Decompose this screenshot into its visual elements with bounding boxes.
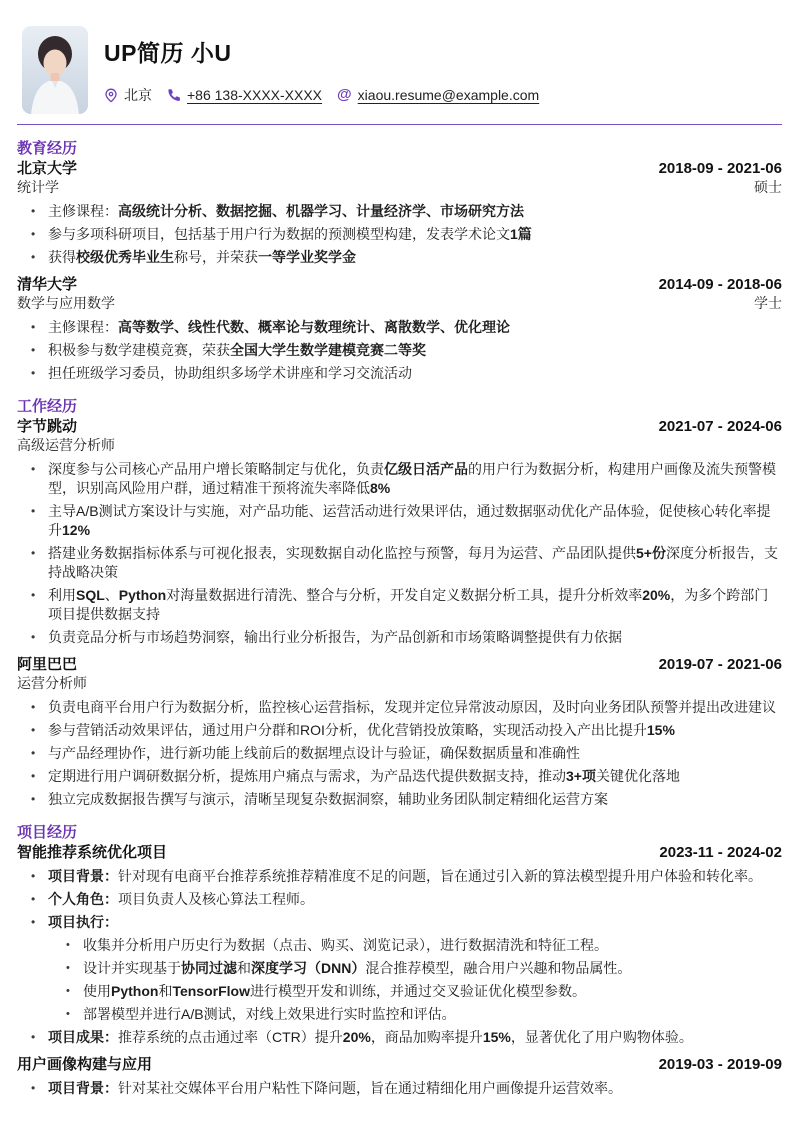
text-run: 参与营销活动效果评估，通过用户分群和ROI分析，优化营销投放策略，实现活动投入产… (48, 722, 647, 738)
text-run: 部署模型并进行A/B测试，对线上效果进行实时监控和评估。 (83, 1006, 456, 1022)
emphasis-text-run: 15% (647, 722, 675, 738)
text-run: 负责电商平台用户行为数据分析，监控核心运营指标，发现并定位异常波动原因，及时向业… (48, 699, 776, 715)
section-title: 教育经历 (17, 139, 782, 159)
emphasis-text-run: 项目成果： (48, 1029, 118, 1045)
emphasis-text-run: 5+份 (636, 545, 666, 561)
entry-title: 北京大学 (17, 159, 77, 178)
location-pin-icon (104, 88, 118, 103)
text-run: 设计并实现基于 (83, 960, 181, 976)
text-run: 称号，并荣获 (174, 249, 258, 265)
sub-bullet-item: 使用Python和TensorFlow进行模型开发和训练，并通过交叉验证优化模型… (48, 982, 782, 1001)
section-education: 教育经历北京大学2018-09 - 2021-06统计学硕士主修课程：高级统计分… (17, 139, 782, 383)
text-run: 担任班级学习委员，协助组织多场学术讲座和学习交流活动 (48, 365, 412, 381)
bullet-item: 与产品经理协作，进行新功能上线前后的数据埋点设计与验证，确保数据质量和准确性 (17, 744, 782, 763)
emphasis-text-run: 12% (62, 522, 90, 538)
bullet-item: 项目背景：针对现有电商平台推荐系统推荐精准度不足的问题，旨在通过引入新的算法模型… (17, 867, 782, 886)
candidate-name: UP简历 小U (104, 35, 539, 68)
emphasis-text-run: 个人角色： (48, 891, 118, 907)
emphasis-text-run: TensorFlow (172, 983, 250, 999)
emphasis-text-run: 一等学业奖学金 (258, 249, 356, 265)
bullet-list: 项目背景：针对某社交媒体平台用户粘性下降问题，旨在通过精细化用户画像提升运营效率… (17, 1079, 782, 1098)
text-run: 进行模型开发和训练，并通过交叉验证优化模型参数。 (250, 983, 586, 999)
text-run: 混合推荐模型，融合用户兴趣和物品属性。 (365, 960, 631, 976)
sub-bullet-item: 设计并实现基于协同过滤和深度学习（DNN）混合推荐模型，融合用户兴趣和物品属性。 (48, 959, 782, 978)
entry-header-row: 智能推荐系统优化项目2023-11 - 2024-02 (17, 843, 782, 862)
sections: 教育经历北京大学2018-09 - 2021-06统计学硕士主修课程：高级统计分… (17, 139, 782, 1098)
location-text: 北京 (124, 85, 152, 105)
bullet-item: 获得校级优秀毕业生称号，并荣获一等学业奖学金 (17, 248, 782, 267)
emphasis-text-run: 项目背景： (48, 1080, 118, 1096)
text-run: 和 (158, 983, 172, 999)
text-run: 针对某社交媒体平台用户粘性下降问题，旨在通过精细化用户画像提升运营效率。 (118, 1080, 622, 1096)
emphasis-text-run: 校级优秀毕业生 (76, 249, 174, 265)
entry-degree: 硕士 (754, 178, 782, 197)
entry-date: 2019-07 - 2021-06 (659, 655, 782, 674)
text-run: 利用 (48, 587, 76, 603)
avatar-photo-placeholder (22, 26, 88, 114)
text-run: 独立完成数据报告撰写与演示，清晰呈现复杂数据洞察，辅助业务团队制定精细化运营方案 (48, 791, 608, 807)
section-title: 工作经历 (17, 397, 782, 417)
email-link[interactable]: xiaou.resume@example.com (358, 87, 540, 103)
bullet-item: 主导A/B测试方案设计与实施，对产品功能、运营活动进行效果评估，通过数据驱动优化… (17, 502, 782, 540)
text-run: ，商品加购率提升 (371, 1029, 483, 1045)
emphasis-text-run: 1篇 (510, 226, 532, 242)
entry-header-row: 北京大学2018-09 - 2021-06 (17, 159, 782, 178)
section-work: 工作经历字节跳动2021-07 - 2024-06高级运营分析师深度参与公司核心… (17, 397, 782, 809)
entry-degree: 学士 (754, 294, 782, 313)
text-run: 主导A/B测试方案设计与实施，对产品功能、运营活动进行效果评估，通过数据驱动优化… (48, 503, 771, 538)
contact-row: 北京 +86 138-XXXX-XXXX @ xiaou.resume@exam… (104, 85, 539, 105)
entry-date: 2014-09 - 2018-06 (659, 275, 782, 294)
emphasis-text-run: SQL (76, 587, 105, 603)
entry-subheader-row: 统计学硕士 (17, 178, 782, 197)
bullet-item: 负责电商平台用户行为数据分析，监控核心运营指标，发现并定位异常波动原因，及时向业… (17, 698, 782, 717)
header-info: UP简历 小U 北京 +86 138-XXXX-XXXX @ (104, 26, 539, 105)
entry-title: 清华大学 (17, 275, 77, 294)
text-run: 使用 (83, 983, 111, 999)
text-run: 负责竞品分析与市场趋势洞察，输出行业分析报告，为产品创新和市场策略调整提供有力依… (48, 629, 622, 645)
entry-header-row: 用户画像构建与应用2019-03 - 2019-09 (17, 1055, 782, 1074)
avatar (22, 26, 88, 114)
entry: 用户画像构建与应用2019-03 - 2019-09项目背景：针对某社交媒体平台… (17, 1055, 782, 1098)
bullet-item: 主修课程：高等数学、线性代数、概率论与数理统计、离散数学、优化理论 (17, 318, 782, 337)
bullet-list: 负责电商平台用户行为数据分析，监控核心运营指标，发现并定位异常波动原因，及时向业… (17, 698, 782, 809)
text-run: 针对现有电商平台推荐系统推荐精准度不足的问题，旨在通过引入新的算法模型提升用户体… (118, 868, 762, 884)
entry-subheader-row: 运营分析师 (17, 674, 782, 693)
text-run: 搭建业务数据指标体系与可视化报表，实现数据自动化监控与预警，每月为运营、产品团队… (48, 545, 636, 561)
entry-subtitle: 运营分析师 (17, 674, 87, 693)
emphasis-text-run: 亿级日活产品 (384, 461, 468, 477)
emphasis-text-run: 20% (343, 1029, 371, 1045)
bullet-list: 主修课程：高等数学、线性代数、概率论与数理统计、离散数学、优化理论积极参与数学建… (17, 318, 782, 383)
emphasis-text-run: 20% (642, 587, 670, 603)
sub-bullet-list: 收集并分析用户历史行为数据（点击、购买、浏览记录），进行数据清洗和特征工程。设计… (48, 936, 782, 1024)
entry-date: 2019-03 - 2019-09 (659, 1055, 782, 1074)
emphasis-text-run: 项目执行： (48, 914, 118, 930)
bullet-item: 项目成果：推荐系统的点击通过率（CTR）提升20%，商品加购率提升15%，显著优… (17, 1028, 782, 1047)
entry-subheader-row: 数学与应用数学学士 (17, 294, 782, 313)
entry-title: 字节跳动 (17, 417, 77, 436)
entry-subtitle: 数学与应用数学 (17, 294, 115, 313)
emphasis-text-run: 3+项 (566, 768, 596, 784)
text-run: 关键优化落地 (596, 768, 680, 784)
bullet-item: 担任班级学习委员，协助组织多场学术讲座和学习交流活动 (17, 364, 782, 383)
text-run: 主修课程： (48, 319, 118, 335)
text-run: 和 (237, 960, 251, 976)
entry: 北京大学2018-09 - 2021-06统计学硕士主修课程：高级统计分析、数据… (17, 159, 782, 267)
bullet-item: 参与营销活动效果评估，通过用户分群和ROI分析，优化营销投放策略，实现活动投入产… (17, 721, 782, 740)
phone-link[interactable]: +86 138-XXXX-XXXX (187, 87, 322, 103)
contact-phone: +86 138-XXXX-XXXX (167, 87, 322, 103)
bullet-item: 利用SQL、Python对海量数据进行清洗、整合与分析，开发自定义数据分析工具，… (17, 586, 782, 624)
emphasis-text-run: 全国大学生数学建模竞赛二等奖 (230, 342, 426, 358)
entry-date: 2023-11 - 2024-02 (659, 843, 782, 862)
text-run: 、 (105, 587, 119, 603)
text-run: 获得 (48, 249, 76, 265)
entry-title: 智能推荐系统优化项目 (17, 843, 167, 862)
entry: 清华大学2014-09 - 2018-06数学与应用数学学士主修课程：高等数学、… (17, 275, 782, 383)
bullet-item: 定期进行用户调研数据分析，提炼用户痛点与需求，为产品迭代提供数据支持，推动3+项… (17, 767, 782, 786)
bullet-list: 主修课程：高级统计分析、数据挖掘、机器学习、计量经济学、市场研究方法参与多项科研… (17, 202, 782, 267)
entry: 字节跳动2021-07 - 2024-06高级运营分析师深度参与公司核心产品用户… (17, 417, 782, 647)
text-run: 项目负责人及核心算法工程师。 (118, 891, 314, 907)
text-run: 参与多项科研项目，包括基于用户行为数据的预测模型构建，发表学术论文 (48, 226, 510, 242)
bullet-list: 项目背景：针对现有电商平台推荐系统推荐精准度不足的问题，旨在通过引入新的算法模型… (17, 867, 782, 1047)
bullet-list: 深度参与公司核心产品用户增长策略制定与优化，负责亿级日活产品的用户行为数据分析，… (17, 460, 782, 647)
entry-subtitle: 高级运营分析师 (17, 436, 115, 455)
section-projects: 项目经历智能推荐系统优化项目2023-11 - 2024-02项目背景：针对现有… (17, 823, 782, 1098)
text-run: 对海量数据进行清洗、整合与分析，开发自定义数据分析工具，提升分析效率 (166, 587, 642, 603)
text-run: 定期进行用户调研数据分析，提炼用户痛点与需求，为产品迭代提供数据支持，推动 (48, 768, 566, 784)
text-run: 积极参与数学建模竞赛，荣获 (48, 342, 230, 358)
text-run: 与产品经理协作，进行新功能上线前后的数据埋点设计与验证，确保数据质量和准确性 (48, 745, 580, 761)
section-title: 项目经历 (17, 823, 782, 843)
bullet-item: 搭建业务数据指标体系与可视化报表，实现数据自动化监控与预警，每月为运营、产品团队… (17, 544, 782, 582)
entry-date: 2018-09 - 2021-06 (659, 159, 782, 178)
emphasis-text-run: 项目背景： (48, 868, 118, 884)
entry-title: 用户画像构建与应用 (17, 1055, 152, 1074)
entry-title: 阿里巴巴 (17, 655, 77, 674)
text-run: 主修课程： (48, 203, 118, 219)
contact-email: @ xiaou.resume@example.com (337, 87, 539, 103)
bullet-item: 项目背景：针对某社交媒体平台用户粘性下降问题，旨在通过精细化用户画像提升运营效率… (17, 1079, 782, 1098)
emphasis-text-run: 协同过滤 (181, 960, 237, 976)
entry-header-row: 清华大学2014-09 - 2018-06 (17, 275, 782, 294)
emphasis-text-run: Python (119, 587, 166, 603)
entry-subtitle: 统计学 (17, 178, 59, 197)
text-run: 深度参与公司核心产品用户增长策略制定与优化，负责 (48, 461, 384, 477)
header-divider (17, 124, 782, 125)
bullet-item: 项目执行：收集并分析用户历史行为数据（点击、购买、浏览记录），进行数据清洗和特征… (17, 913, 782, 1024)
entry: 阿里巴巴2019-07 - 2021-06运营分析师负责电商平台用户行为数据分析… (17, 655, 782, 809)
entry-date: 2021-07 - 2024-06 (659, 417, 782, 436)
bullet-item: 主修课程：高级统计分析、数据挖掘、机器学习、计量经济学、市场研究方法 (17, 202, 782, 221)
text-run: ，显著优化了用户购物体验。 (511, 1029, 693, 1045)
entry-header-row: 字节跳动2021-07 - 2024-06 (17, 417, 782, 436)
entry: 智能推荐系统优化项目2023-11 - 2024-02项目背景：针对现有电商平台… (17, 843, 782, 1047)
bullet-item: 深度参与公司核心产品用户增长策略制定与优化，负责亿级日活产品的用户行为数据分析，… (17, 460, 782, 498)
emphasis-text-run: 高等数学、线性代数、概率论与数理统计、离散数学、优化理论 (118, 319, 510, 335)
text-run: 推荐系统的点击通过率（CTR）提升 (118, 1029, 343, 1045)
bullet-item: 独立完成数据报告撰写与演示，清晰呈现复杂数据洞察，辅助业务团队制定精细化运营方案 (17, 790, 782, 809)
entry-subheader-row: 高级运营分析师 (17, 436, 782, 455)
emphasis-text-run: 高级统计分析、数据挖掘、机器学习、计量经济学、市场研究方法 (118, 203, 524, 219)
resume-page: UP简历 小U 北京 +86 138-XXXX-XXXX @ (0, 0, 799, 1098)
entry-header-row: 阿里巴巴2019-07 - 2021-06 (17, 655, 782, 674)
text-run: 收集并分析用户历史行为数据（点击、购买、浏览记录），进行数据清洗和特征工程。 (83, 937, 608, 953)
bullet-item: 积极参与数学建模竞赛，荣获全国大学生数学建模竞赛二等奖 (17, 341, 782, 360)
bullet-item: 个人角色：项目负责人及核心算法工程师。 (17, 890, 782, 909)
bullet-item: 负责竞品分析与市场趋势洞察，输出行业分析报告，为产品创新和市场策略调整提供有力依… (17, 628, 782, 647)
emphasis-text-run: 深度学习（DNN） (251, 960, 365, 976)
sub-bullet-item: 部署模型并进行A/B测试，对线上效果进行实时监控和评估。 (48, 1005, 782, 1024)
resume-header: UP简历 小U 北京 +86 138-XXXX-XXXX @ (17, 26, 782, 114)
bullet-item: 参与多项科研项目，包括基于用户行为数据的预测模型构建，发表学术论文1篇 (17, 225, 782, 244)
sub-bullet-item: 收集并分析用户历史行为数据（点击、购买、浏览记录），进行数据清洗和特征工程。 (48, 936, 782, 955)
contact-location: 北京 (104, 85, 152, 105)
emphasis-text-run: 8% (370, 480, 390, 496)
at-icon: @ (337, 88, 352, 102)
phone-icon (167, 88, 181, 102)
emphasis-text-run: 15% (483, 1029, 511, 1045)
emphasis-text-run: Python (111, 983, 158, 999)
